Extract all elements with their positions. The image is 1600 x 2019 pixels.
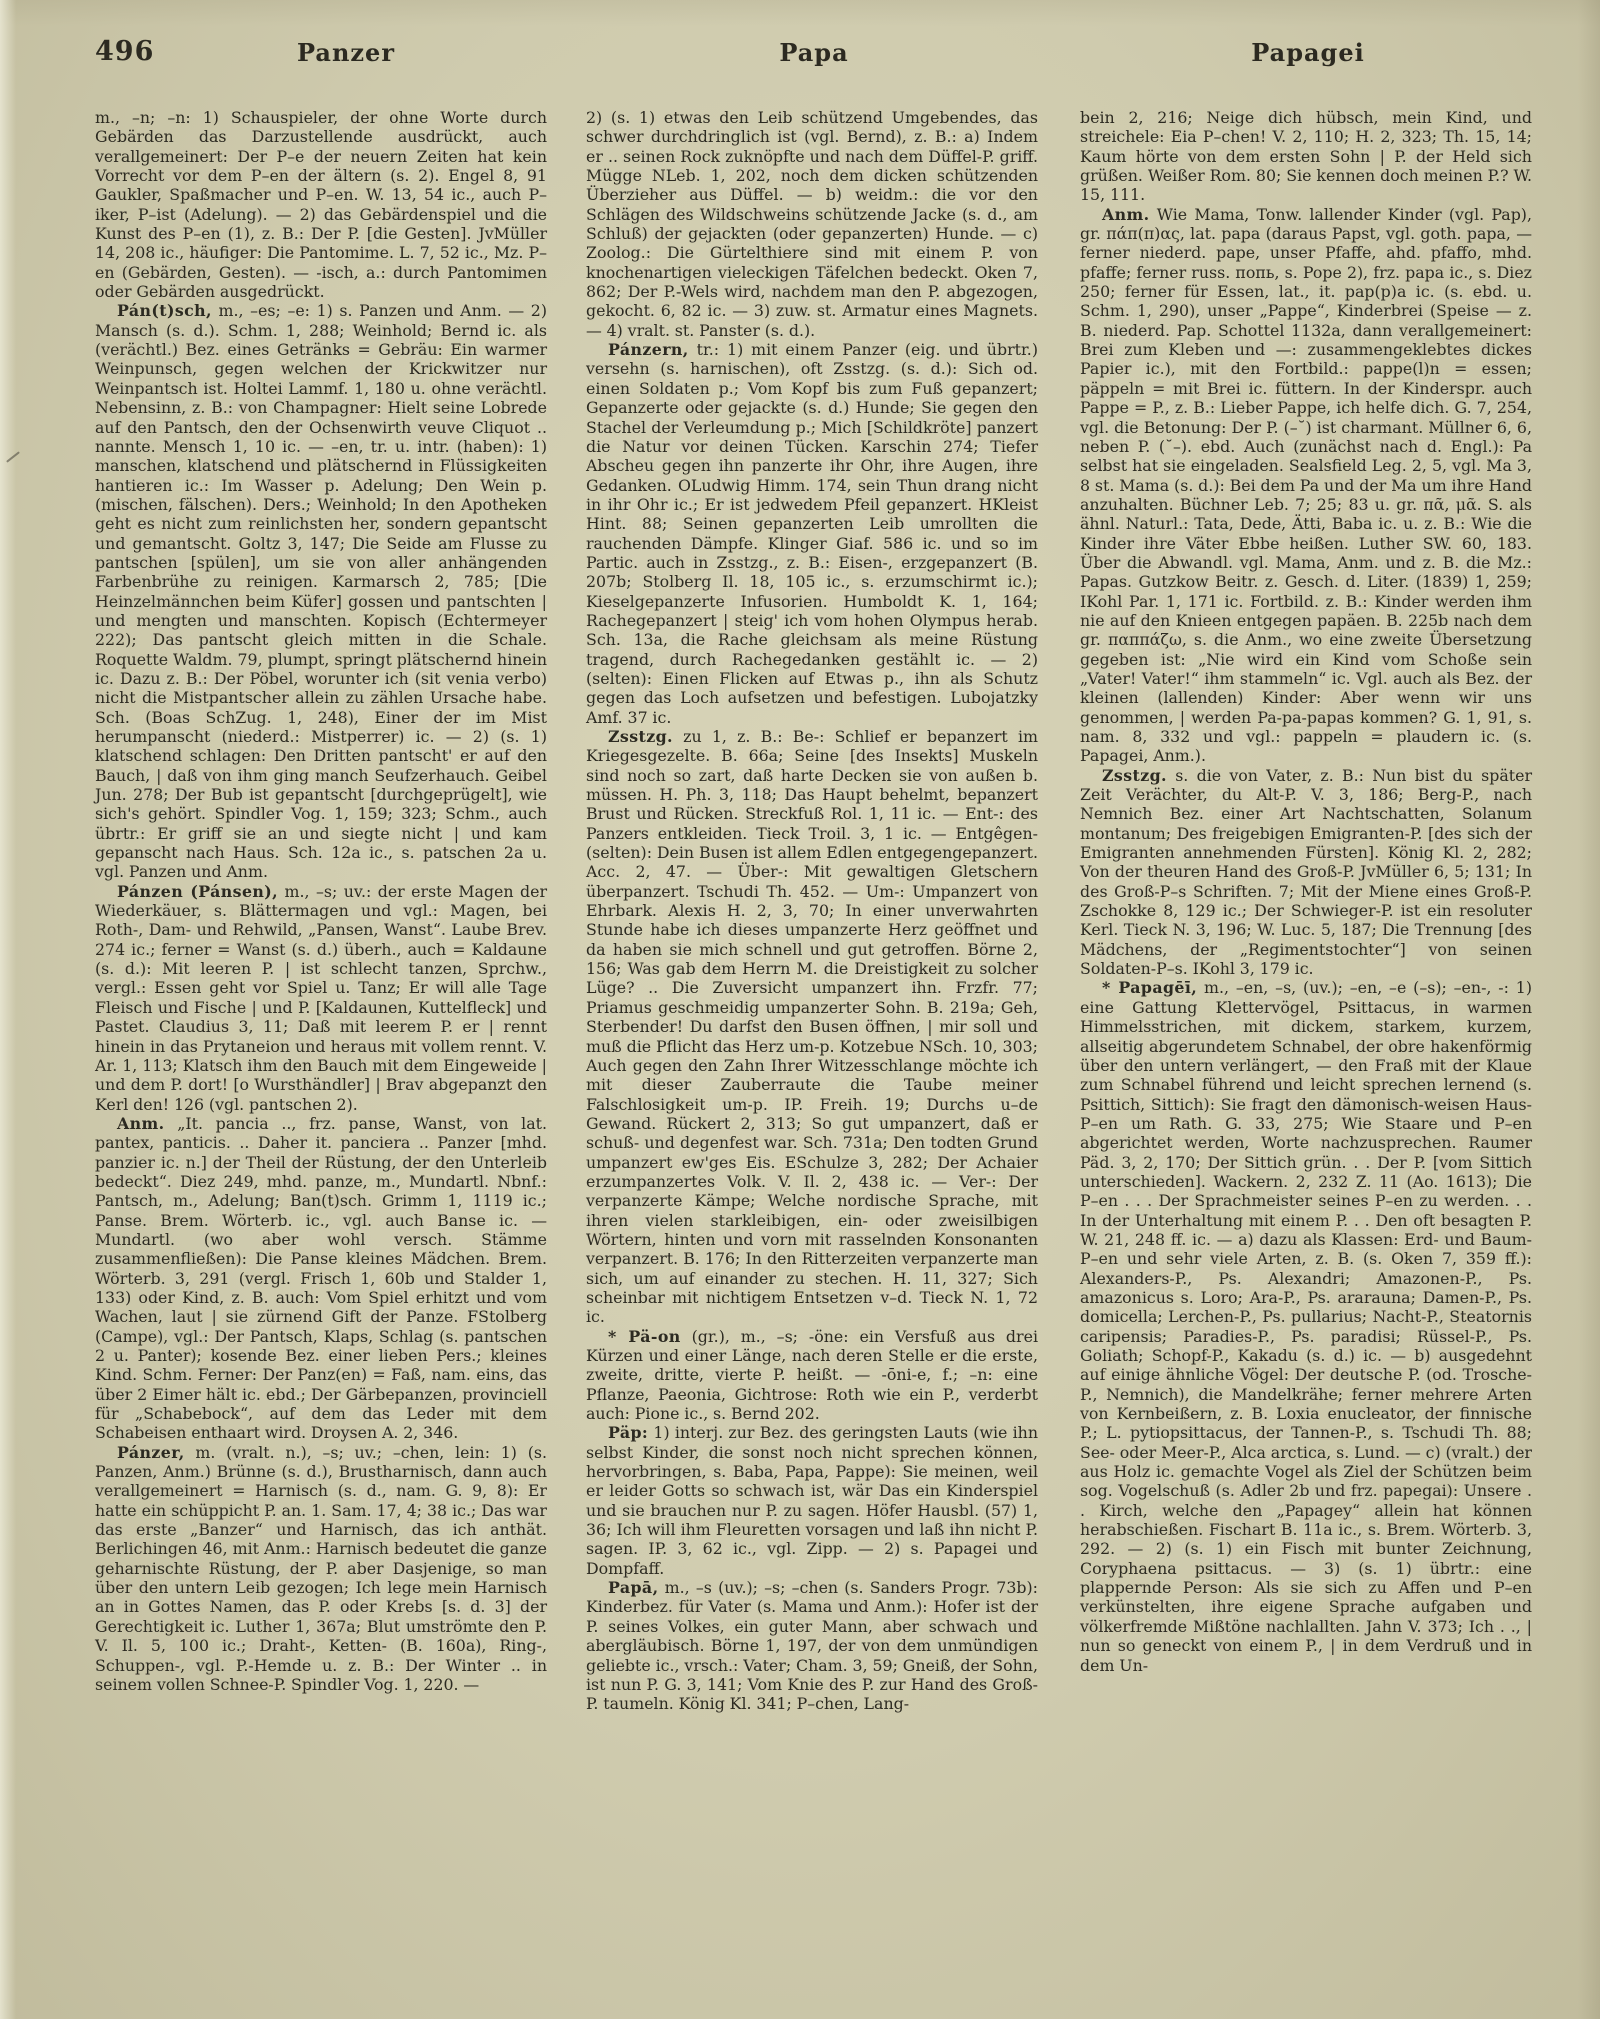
entry-text: Wie Mama, Tonw. lallender Kinder (vgl. P… <box>1080 205 1532 766</box>
entry-paragraph: * Pä-on (gr.), m., –s; -öne: ein Versfuß… <box>586 1327 1038 1424</box>
entry-paragraph: Anm. „It. pancia .., frz. panse, Wanst, … <box>95 1114 547 1443</box>
entry-headword: * Papagēī, <box>1102 978 1197 997</box>
running-head-keyword-center: Papa <box>588 38 1040 67</box>
entry-paragraph: Pán(t)sch, m., –es; –e: 1) s. Panzen und… <box>95 301 547 881</box>
entry-paragraph: Zsstzg. zu 1, z. B.: Be-: Schlief er bep… <box>586 727 1038 1327</box>
entry-headword: Päp: <box>608 1423 648 1442</box>
entry-text: m., –s (uv.); –s; –chen (s. Sanders Prog… <box>586 1578 1038 1713</box>
entry-paragraph: Papā, m., –s (uv.); –s; –chen (s. Sander… <box>586 1578 1038 1713</box>
entry-headword: Zsstzg. <box>1102 766 1167 785</box>
entry-paragraph: Pánzer, m. (vralt. n.), –s; uv.; –chen, … <box>95 1443 547 1694</box>
dictionary-page: 496 Panzer Papa Papagei m., –n; –n: 1) S… <box>0 0 1600 2019</box>
entry-text: „It. pancia .., frz. panse, Wanst, von l… <box>95 1114 547 1443</box>
entry-headword: Zsstzg. <box>608 727 673 746</box>
entry-text: m., –es; –e: 1) s. Panzen und Anm. — 2) … <box>95 301 547 881</box>
entry-paragraph: Anm. Wie Mama, Tonw. lallender Kinder (v… <box>1080 205 1532 766</box>
text-column-3: bein 2, 216; Neige dich hübsch, mein Kin… <box>1080 108 1532 1675</box>
running-head-keyword-right: Papagei <box>1082 38 1534 67</box>
entry-headword: Pánzer, <box>117 1443 185 1462</box>
entry-text: m., –n; –n: 1) Schauspieler, der ohne Wo… <box>95 108 547 301</box>
continuation-paragraph: bein 2, 216; Neige dich hübsch, mein Kin… <box>1080 108 1532 205</box>
entry-text: 2) (s. 1) etwas den Leib schützend Umgeb… <box>586 108 1038 340</box>
text-column-2: 2) (s. 1) etwas den Leib schützend Umgeb… <box>586 108 1038 1714</box>
entry-headword: Pánzen (Pánsen), <box>117 882 278 901</box>
entry-headword: Pán(t)sch, <box>117 301 212 320</box>
margin-pencil-mark <box>6 451 20 462</box>
entry-text: s. die von Vater, z. B.: Nun bist du spä… <box>1080 766 1532 978</box>
entry-headword: Anm. <box>117 1114 165 1133</box>
entry-paragraph: Pánzern, tr.: 1) mit einem Panzer (eig. … <box>586 340 1038 727</box>
entry-paragraph: Pánzen (Pánsen), m., –s; uv.: der erste … <box>95 882 547 1114</box>
running-head-keyword-left: Panzer <box>120 38 572 67</box>
entry-text: zu 1, z. B.: Be-: Schlief er bepanzert i… <box>586 727 1038 1326</box>
continuation-paragraph: 2) (s. 1) etwas den Leib schützend Umgeb… <box>586 108 1038 340</box>
continuation-paragraph: m., –n; –n: 1) Schauspieler, der ohne Wo… <box>95 108 547 301</box>
entry-text: tr.: 1) mit einem Panzer (eig. und übrtr… <box>586 340 1038 727</box>
entry-headword: * Pä-on <box>608 1327 681 1346</box>
entry-headword: Papā, <box>608 1578 658 1597</box>
entry-text: m., –en, –s, (uv.); –en, –e (–s); –en-, … <box>1080 978 1532 1674</box>
text-column-1: m., –n; –n: 1) Schauspieler, der ohne Wo… <box>95 108 547 1694</box>
entry-headword: Pánzern, <box>608 340 689 359</box>
entry-text: 1) interj. zur Bez. des geringsten Lauts… <box>586 1423 1038 1577</box>
entry-paragraph: * Papagēī, m., –en, –s, (uv.); –en, –e (… <box>1080 978 1532 1674</box>
entry-text: bein 2, 216; Neige dich hübsch, mein Kin… <box>1080 108 1532 204</box>
entry-text: m. (vralt. n.), –s; uv.; –chen, lein: 1)… <box>95 1443 547 1694</box>
entry-text: m., –s; uv.: der erste Magen der Wiederk… <box>95 882 547 1114</box>
entry-paragraph: Zsstzg. s. die von Vater, z. B.: Nun bis… <box>1080 766 1532 979</box>
entry-paragraph: Päp: 1) interj. zur Bez. des geringsten … <box>586 1423 1038 1578</box>
entry-headword: Anm. <box>1102 205 1150 224</box>
